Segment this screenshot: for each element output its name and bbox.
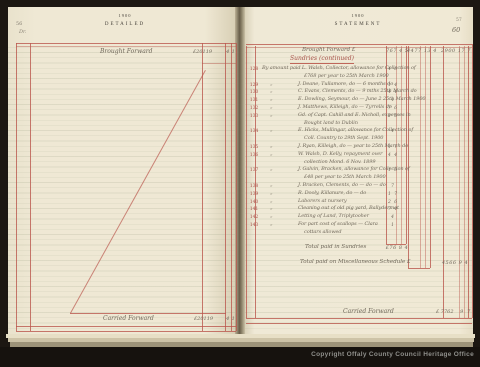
voucher-number: 128 — [248, 66, 260, 74]
red-rule — [468, 46, 469, 318]
red-rule — [408, 46, 409, 268]
voucher-number: 143 — [248, 222, 260, 230]
ledger-entry-row: 136 „ W. Walsh, D. Kelly, repayment over… — [248, 151, 408, 167]
right-carried-forward-pounds: £ 7762 — [436, 309, 454, 315]
ledger-entry-row: 140 „ Laborers at nursery 2 6 — [248, 198, 408, 206]
sundries-heading: Sundries (continued) — [290, 55, 354, 64]
ledger-entries: 128 By amount paid L. Walsh, Collector, … — [248, 65, 408, 237]
brought-forward-col2: 4477 13 4 — [407, 48, 430, 54]
ledger-entry-row: 129 „ J. Deane, Tullamore, do — 6 months… — [248, 81, 408, 89]
red-rule — [231, 43, 232, 331]
red-rule — [459, 46, 460, 318]
left-carried-forward-label: Carried Forward — [103, 315, 154, 322]
ledger-entry-row: 135 „ J. Ryan, Killeigh, do — year to 25… — [248, 143, 408, 151]
right-section-label: STATEMENT — [318, 22, 398, 27]
right-year-label: 1900 — [328, 13, 388, 18]
red-rule — [408, 268, 430, 269]
ditto-mark: „ — [270, 81, 273, 89]
ditto-mark: „ — [270, 88, 273, 96]
red-rule — [16, 43, 17, 331]
ditto-mark: „ — [270, 104, 273, 112]
red-rule — [425, 46, 426, 268]
ditto-mark: „ — [270, 205, 273, 213]
left-carried-forward-pounds: £20119 — [194, 316, 213, 322]
left-page-number: 56 — [16, 21, 22, 27]
ledger-entry-row: 133 „ Gd. of Capt. Cahill and E. Nicholl… — [248, 112, 408, 128]
entry-amount: 4 6 — [384, 66, 402, 74]
left-brought-forward-label: Brought Forward — [100, 48, 153, 55]
voucher-number: 134 — [248, 128, 260, 136]
red-rule — [16, 331, 236, 332]
red-rule — [30, 43, 31, 331]
entry-amount: 1 6 — [384, 167, 402, 175]
ditto-mark: „ — [270, 213, 273, 221]
entry-amount: 4 — [384, 128, 402, 136]
right-page-number: 60 — [452, 26, 460, 34]
total-misc-label: Total paid on Miscellaneous Schedule £ — [300, 259, 411, 265]
left-section-label: DETAILED — [85, 22, 165, 27]
brought-forward-col1: 767 4 5 — [386, 48, 406, 54]
left-brought-forward-pence: 1 — [231, 49, 236, 55]
ditto-mark: „ — [270, 182, 273, 190]
red-rule — [443, 46, 444, 318]
entry-amount: 4 4 — [384, 152, 402, 160]
ditto-mark: „ — [270, 166, 273, 174]
red-rule — [430, 46, 431, 268]
red-rule — [246, 44, 472, 45]
entry-amount: 1 — [384, 222, 402, 230]
ditto-mark: „ — [270, 112, 273, 120]
right-carried-forward-label: Carried Forward — [343, 308, 394, 315]
red-rule — [16, 43, 236, 44]
total-sundries-label: Total paid in Sundries — [305, 244, 366, 250]
right-corner-note: 57 — [456, 18, 462, 23]
ledger-entry-row: 131 „ E. Dowling, Seymour, do — June 2 2… — [248, 96, 408, 104]
red-rule — [246, 323, 472, 324]
red-rule — [464, 46, 465, 318]
ledger-entry-row: 138 „ J. Bracken, Clements, do — do — do… — [248, 182, 408, 190]
red-rule — [225, 43, 226, 331]
ledger-entry-row: 141 „ Cleaning out of old pig yard, Ball… — [248, 205, 408, 213]
total-sundries-amount: £76 8 4 — [385, 245, 409, 251]
red-rule — [236, 43, 237, 331]
red-rule — [16, 46, 236, 47]
ditto-mark: „ — [270, 151, 273, 159]
voucher-number: 137 — [248, 167, 260, 175]
ledger-entry-row: 128 By amount paid L. Walsh, Collector, … — [248, 65, 408, 81]
left-corner-note: Dr. — [19, 29, 26, 35]
entry-description-cont: Bought land to Dublin — [248, 120, 408, 128]
entry-description-cont: £48 per year to 25th March 1900 — [248, 174, 408, 182]
entry-amount: 1 5 — [384, 113, 402, 121]
ditto-mark: „ — [270, 96, 273, 104]
entry-description-cont: collection Mond. 6 Nov. 1899 — [248, 159, 408, 167]
left-year-label: 1900 — [95, 13, 155, 18]
right-carried-forward-shillings: 9 — [459, 309, 465, 315]
left-brought-forward-pounds: £20119 — [193, 49, 212, 55]
red-rule — [246, 47, 472, 48]
voucher-number: 133 — [248, 113, 260, 121]
ditto-mark: „ — [270, 198, 273, 206]
right-carried-forward-pence: 7 — [466, 309, 472, 315]
ledger-entry-row: 143 „ For part cost of scallops — Clara … — [248, 221, 408, 237]
right-brought-forward-label: Brought Forward £ — [302, 47, 355, 53]
red-rule — [472, 44, 473, 318]
red-rule — [420, 46, 421, 268]
ledger-entry-row: 139 „ R. Dooly, Killanure, do — do 1 7 — [248, 190, 408, 198]
ledger-entry-row: 134 „ E. Hicks, Mullingar, allowance for… — [248, 127, 408, 143]
ledger-entry-row: 137 „ J. Galvin, Bracken, allowance for … — [248, 166, 408, 182]
ledger-entry-row: 142 „ Letting of Land, Triplytooher 4 — [248, 213, 408, 221]
ditto-mark: „ — [270, 221, 273, 229]
entry-description-cont: cottars allowed — [248, 229, 408, 237]
ditto-mark: „ — [270, 143, 273, 151]
ditto-mark: „ — [270, 127, 273, 135]
entry-description-cont: Coll. Country to 29th Sept. 1900 — [248, 135, 408, 143]
red-rule — [246, 318, 472, 319]
total-misc-amount: 4566 9 4 — [441, 260, 469, 266]
ledger-scan: 1900 DETAILED 1900 STATEMENT 56 Dr. 57 6… — [0, 0, 480, 367]
heritage-watermark: Copyright Offaly County Council Heritage… — [311, 351, 474, 358]
entry-description-cont: £768 per year to 25th March 1900 — [248, 73, 408, 81]
left-carried-forward-pence: 1 — [231, 316, 236, 322]
red-rule — [202, 43, 203, 331]
ledger-entry-row: 132 „ J. Matthews, Killeigh, do — Tyrrel… — [248, 104, 408, 112]
brought-forward-col3: 2900 17 7 — [441, 48, 469, 54]
ledger-entry-row: 130 „ C. Evans, Clements, do — 9 mths 25… — [248, 88, 408, 96]
red-rule — [246, 46, 247, 318]
ditto-mark: „ — [270, 190, 273, 198]
red-rule — [16, 326, 236, 327]
voucher-number: 136 — [248, 152, 260, 160]
